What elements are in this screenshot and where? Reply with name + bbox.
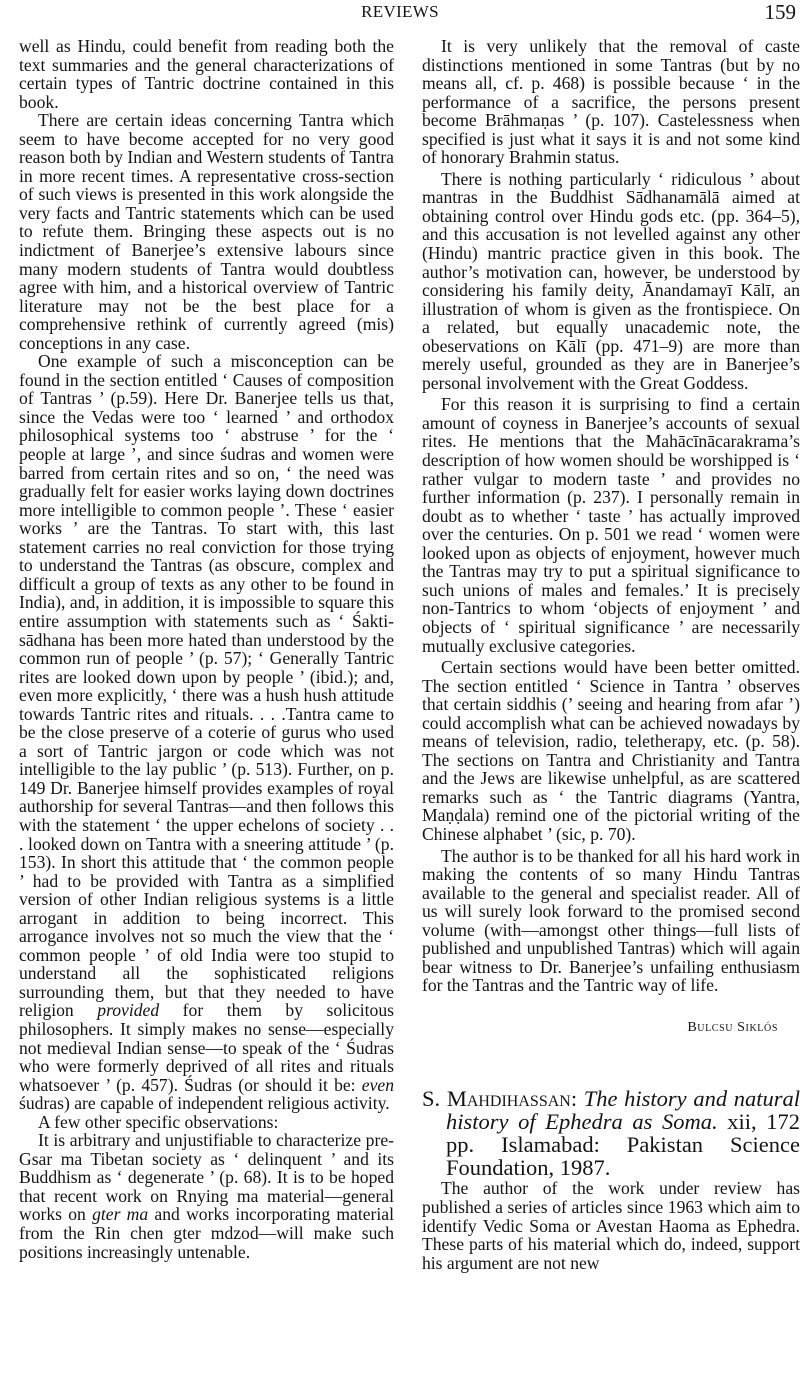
page-number: 159 bbox=[765, 0, 797, 25]
paragraph: The author of the work under review has … bbox=[422, 1179, 800, 1272]
paragraph: For this reason it is surprising to find… bbox=[422, 395, 800, 655]
paragraph: Certain sections would have been better … bbox=[422, 658, 800, 843]
right-column: It is very unlikely that the removal of … bbox=[422, 37, 800, 1272]
paragraph: well as Hindu, could benefit from readin… bbox=[19, 37, 394, 111]
left-column: well as Hindu, could benefit from readin… bbox=[19, 37, 394, 1261]
book-citation-heading: S. Mahdihassan: The history and natural … bbox=[422, 1087, 800, 1179]
reviewer-signature: Bulcsu Siklós bbox=[422, 1019, 778, 1038]
paragraph: There are certain ideas concerning Tantr… bbox=[19, 111, 394, 352]
paragraph: The author is to be thanked for all his … bbox=[422, 847, 800, 995]
paragraph-text: śudras) are capable of independent relig… bbox=[19, 1093, 390, 1113]
paragraph: One example of such a misconception can … bbox=[19, 352, 394, 1112]
citation-author-initial: S. bbox=[422, 1086, 447, 1111]
emphasis: gter ma bbox=[92, 1204, 148, 1224]
paragraph: There is nothing particularly ‘ ridiculo… bbox=[422, 170, 800, 393]
running-header: REVIEWS 159 bbox=[0, 2, 800, 24]
paragraph-text: for them by solicitous philosophers. It … bbox=[19, 1000, 394, 1094]
paragraph: It is very unlikely that the removal of … bbox=[422, 37, 800, 167]
emphasis: even bbox=[362, 1075, 394, 1095]
running-title: REVIEWS bbox=[0, 2, 800, 22]
paragraph-text: One example of such a misconception can … bbox=[19, 351, 394, 1020]
citation-colon: : bbox=[571, 1086, 584, 1111]
citation-author: Mahdihassan bbox=[447, 1086, 571, 1111]
emphasis: provided bbox=[97, 1000, 159, 1020]
paragraph: A few other specific observations: bbox=[19, 1113, 394, 1132]
paragraph: It is arbitrary and unjustifiable to cha… bbox=[19, 1131, 394, 1261]
